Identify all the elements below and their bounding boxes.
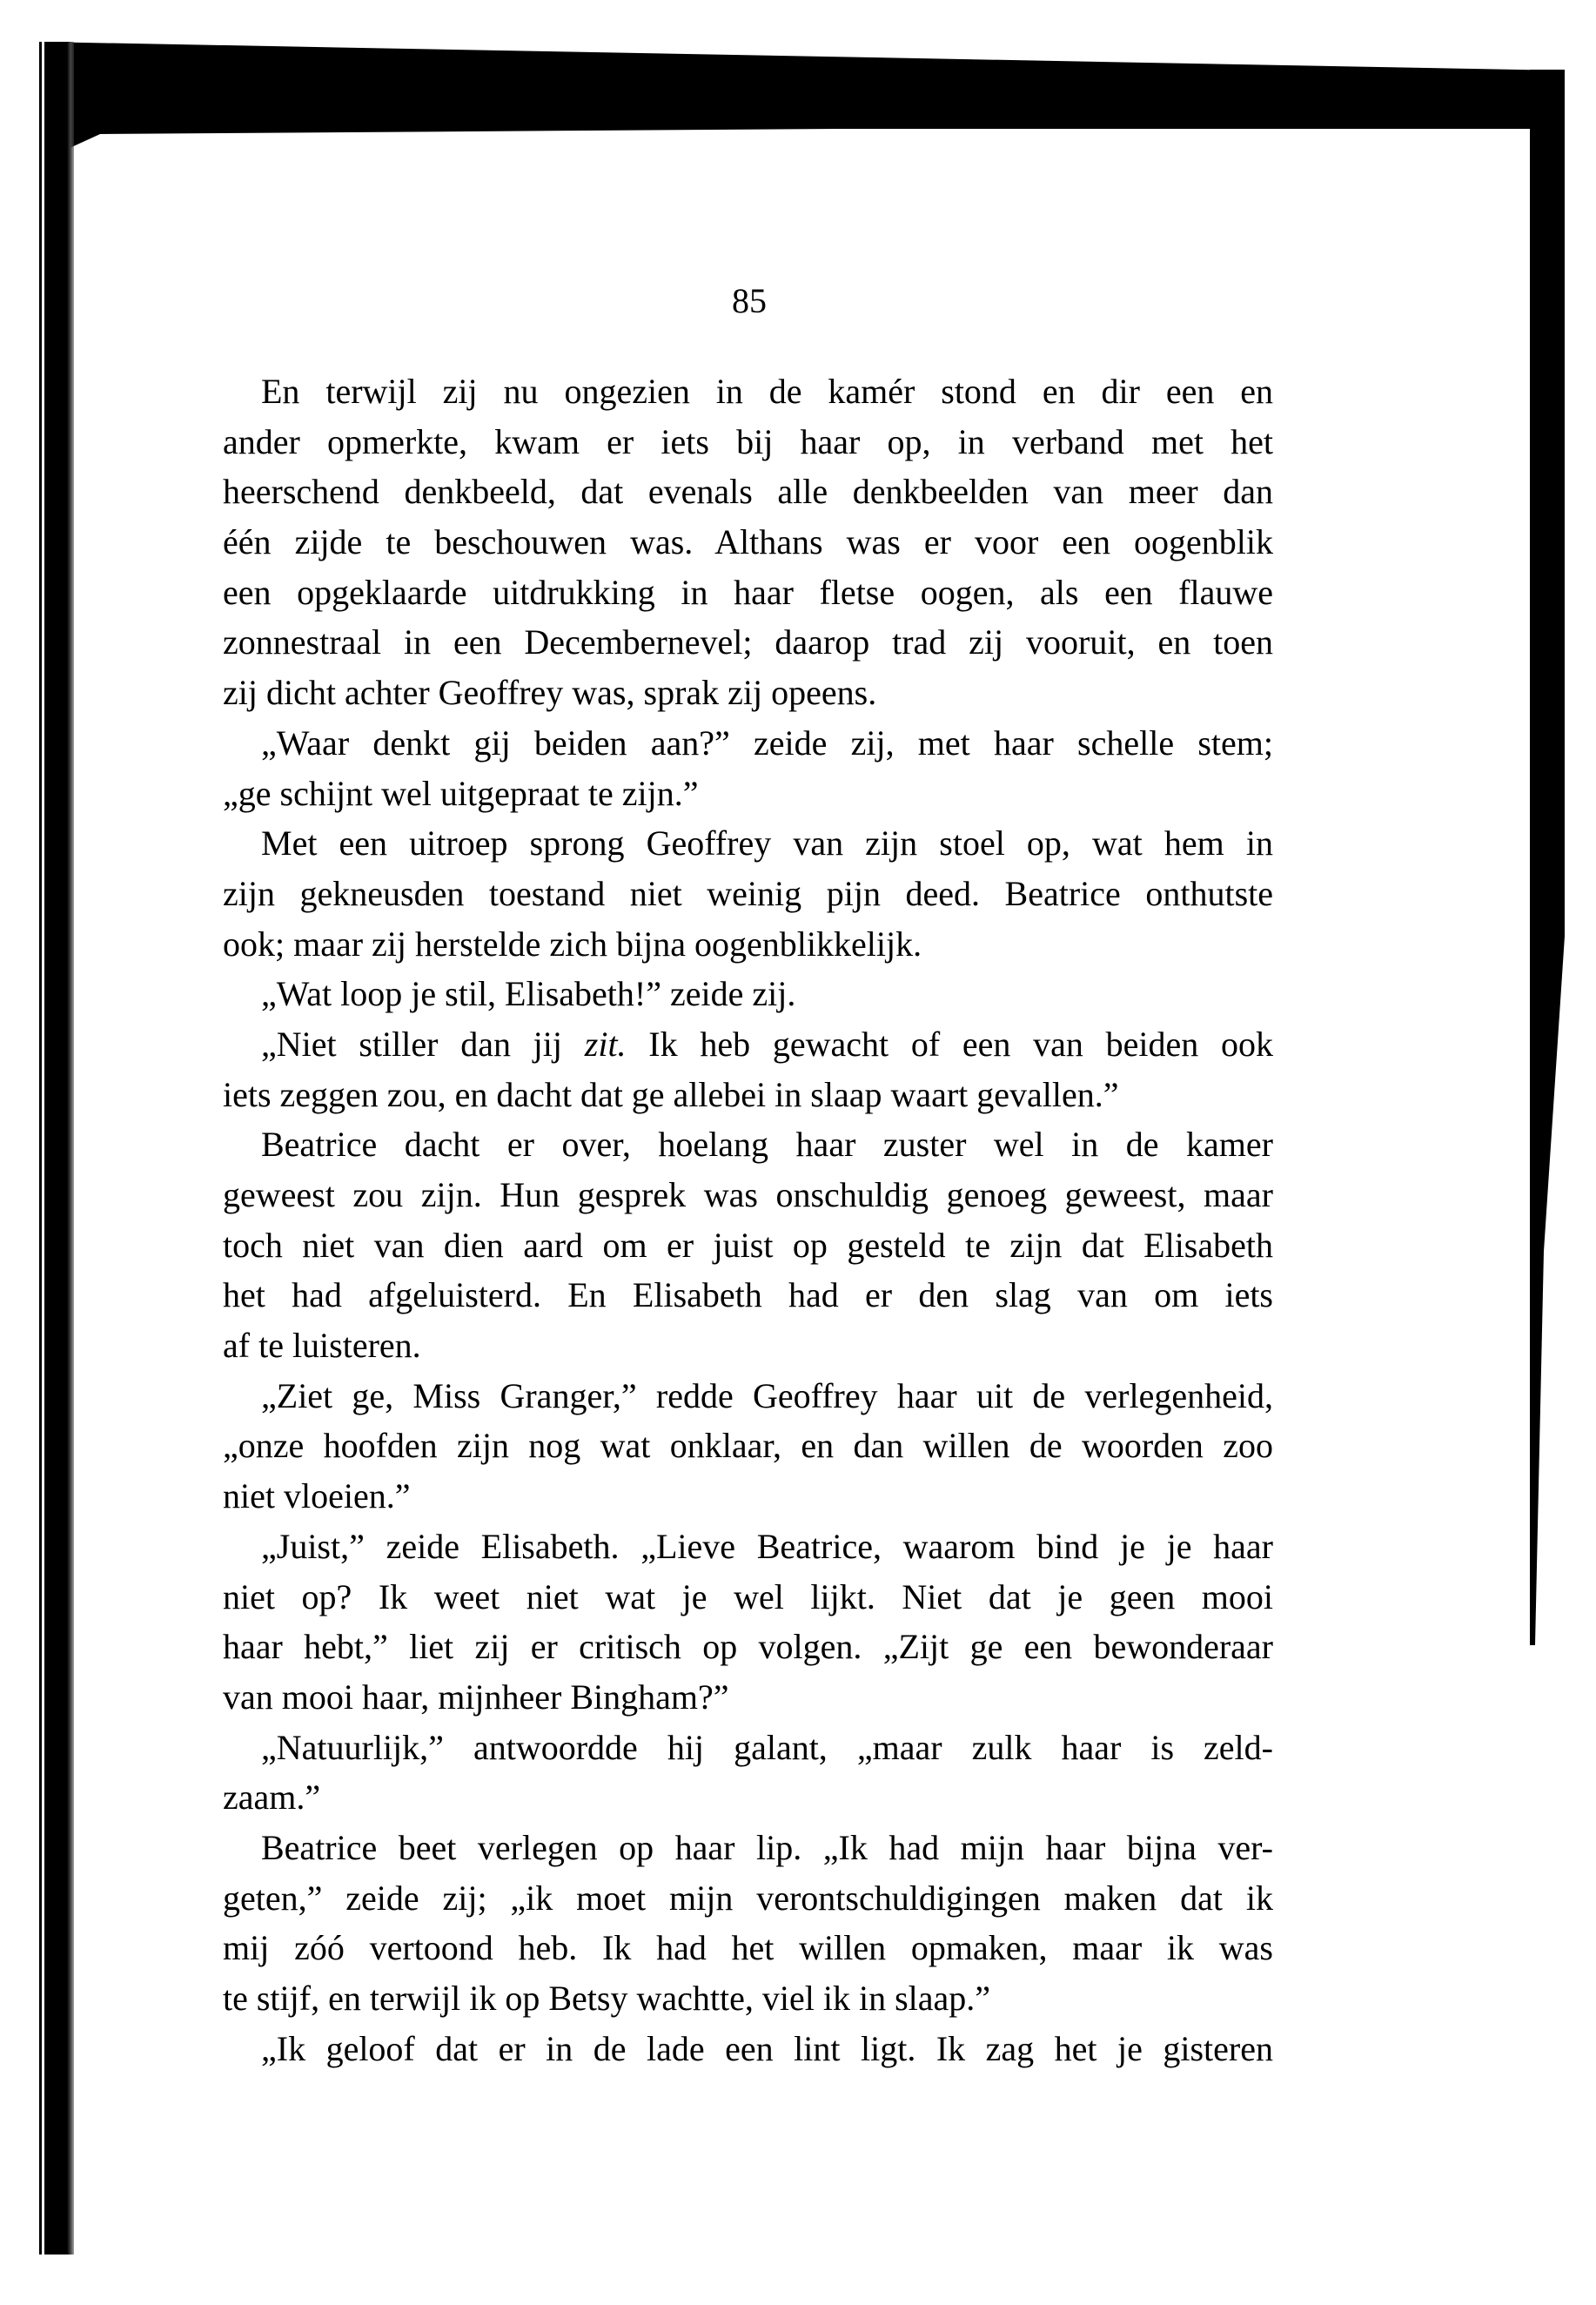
- text-line: mij zóó vertoond heb. Ik had het willen …: [223, 1923, 1273, 1973]
- text-line: „Niet stiller dan jij zit. Ik heb gewach…: [223, 1019, 1273, 1070]
- text-line: van mooi haar, mijnheer Bingham?”: [223, 1672, 1273, 1723]
- text-line: „onze hoofden zijn nog wat onklaar, en d…: [223, 1421, 1273, 1471]
- text-line: Beatrice dacht er over, hoelang haar zus…: [223, 1119, 1273, 1170]
- text-line: Met een uitroep sprong Geoffrey van zijn…: [223, 818, 1273, 869]
- text-line: af te luisteren.: [223, 1321, 1273, 1371]
- text-line: „Ik geloof dat er in de lade een lint li…: [223, 2024, 1273, 2074]
- text-line: niet op? Ik weet niet wat je wel lijkt. …: [223, 1572, 1273, 1623]
- scan-border-top-shadow: [39, 113, 1564, 148]
- text-line: ook; maar zij herstelde zich bijna oogen…: [223, 919, 1273, 970]
- text-line: het had afgeluisterd. En Elisabeth had e…: [223, 1270, 1273, 1321]
- text-line: geten,” zeide zij; „ik moet mijn veronts…: [223, 1873, 1273, 1924]
- text-line: één zijde te beschouwen was. Althans was…: [223, 517, 1273, 568]
- text-line: zijn gekneusden toestand niet weinig pij…: [223, 869, 1273, 919]
- text-line: te stijf, en terwijl ik op Betsy wachtte…: [223, 1973, 1273, 2024]
- text-line: En terwijl zij nu ongezien in de kamér s…: [223, 366, 1273, 417]
- italic-emphasis: zit.: [585, 1025, 627, 1064]
- text-line: geweest zou zijn. Hun gesprek was onschu…: [223, 1170, 1273, 1220]
- text-line: „Juist,” zeide Elisabeth. „Lieve Beatric…: [223, 1522, 1273, 1572]
- text-line: ander opmerkte, kwam er iets bij haar op…: [223, 417, 1273, 467]
- text-line: iets zeggen zou, en dacht dat ge allebei…: [223, 1070, 1273, 1120]
- text-line: „ge schijnt wel uitgepraat te zijn.”: [223, 769, 1273, 819]
- text-line: „Ziet ge, Miss Granger,” redde Geoffrey …: [223, 1371, 1273, 1421]
- text-line: een opgeklaarde uitdrukking in haar flet…: [223, 568, 1273, 618]
- page-number: 85: [0, 284, 1499, 319]
- text-line: zaam.”: [223, 1772, 1273, 1823]
- scan-border-left: [39, 42, 74, 2255]
- text-line: zij dicht achter Geoffrey was, sprak zij…: [223, 668, 1273, 718]
- text-line: haar hebt,” liet zij er critisch op volg…: [223, 1622, 1273, 1672]
- text-line: „Waar denkt gij beiden aan?” zeide zij, …: [223, 718, 1273, 769]
- text-line: Beatrice beet verlegen op haar lip. „Ik …: [223, 1823, 1273, 1873]
- text-line: toch niet van dien aard om er juist op g…: [223, 1220, 1273, 1271]
- text-line: niet vloeien.”: [223, 1471, 1273, 1522]
- scan-border-right: [1530, 70, 1565, 1645]
- text-line: heerschend denkbeeld, dat evenals alle d…: [223, 467, 1273, 517]
- body-text: En terwijl zij nu ongezien in de kamér s…: [223, 366, 1273, 2073]
- text-line: zonnestraal in een Decembernevel; daarop…: [223, 617, 1273, 668]
- text-line: „Natuurlijk,” antwoordde hij galant, „ma…: [223, 1723, 1273, 1773]
- text-line: „Wat loop je stil, Elisabeth!” zeide zij…: [223, 969, 1273, 1019]
